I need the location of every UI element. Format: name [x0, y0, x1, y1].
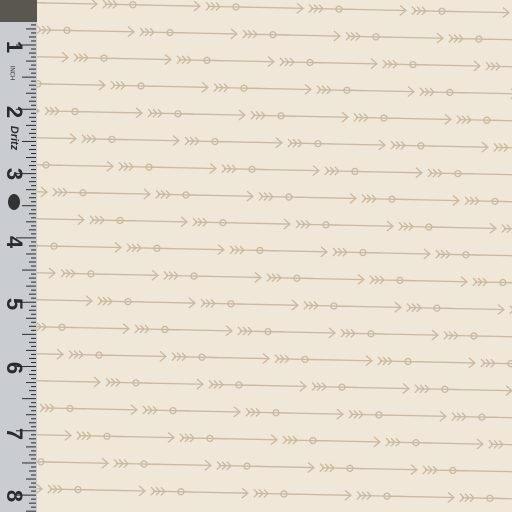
ruler-brand-icon: [8, 194, 20, 210]
ruler-number-2: 2: [1, 100, 27, 124]
ruler-number-8: 8: [1, 484, 27, 508]
ruler-number-1: 1: [1, 35, 27, 59]
ruler-number-3: 3: [1, 162, 27, 186]
fabric-arrow-pattern: [0, 0, 512, 512]
ruler-number-7: 7: [1, 422, 27, 446]
ruler-number-6: 6: [1, 356, 27, 380]
ruler-number-5: 5: [1, 292, 27, 316]
ruler-number-4: 4: [1, 230, 27, 254]
ruler-unit-label: INCH: [8, 66, 14, 81]
measuring-ruler: INCH Dritz 1 2 3 4 5 6 7 8: [0, 0, 37, 512]
ruler-brand-logo: Dritz: [8, 126, 20, 150]
